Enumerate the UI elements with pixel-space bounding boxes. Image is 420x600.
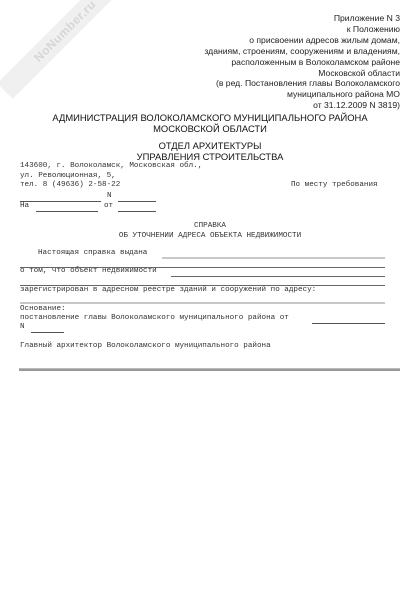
- dept-line: ОТДЕЛ АРХИТЕКТУРЫ: [0, 140, 420, 151]
- object-label: о том, что объект недвижимости: [20, 267, 157, 277]
- appendix-line: расположенным в Волоколамском районе: [204, 57, 400, 68]
- org-line: МОСКОВСКОЙ ОБЛАСТИ: [0, 123, 420, 134]
- org-line: АДМИНИСТРАЦИЯ ВОЛОКОЛАМСКОГО МУНИЦИПАЛЬН…: [0, 112, 420, 123]
- appendix-line: о присвоении адресов жилым домам,: [204, 35, 400, 46]
- appendix-line: к Положению: [204, 24, 400, 35]
- incoming-number-field[interactable]: [36, 211, 98, 212]
- title-line: СПРАВКА: [0, 222, 420, 232]
- on-label: На: [20, 202, 29, 212]
- from-label: от: [104, 202, 113, 212]
- outgoing-date-field[interactable]: [20, 201, 101, 202]
- appendix-block: Приложение N 3 к Положению о присвоении …: [204, 13, 400, 111]
- bottom-divider: [19, 368, 400, 371]
- appendix-line: Московской области: [204, 68, 400, 79]
- address-line: ул. Революционная, 5,: [20, 172, 202, 182]
- incoming-date-field[interactable]: [118, 211, 156, 212]
- signature-line: Главный архитектор Волоколамского муници…: [20, 342, 271, 352]
- number-label: N: [107, 192, 112, 202]
- registered-label: зарегистрирован в адресном реестре здани…: [20, 286, 316, 296]
- address-block: 143600, г. Волоколамск, Московская обл.,…: [20, 162, 202, 191]
- watermark: NoNumber.ru: [0, 0, 133, 99]
- dept-line: УПРАВЛЕНИЯ СТРОИТЕЛЬСТВА: [0, 151, 420, 162]
- basis-number-label: N: [20, 323, 25, 333]
- basis-number-field[interactable]: [31, 332, 64, 333]
- appendix-line: зданиям, строениям, сооружениям и владен…: [204, 46, 400, 57]
- appendix-line: от 31.12.2009 N 3819): [204, 100, 400, 111]
- outgoing-number-field[interactable]: [118, 201, 156, 202]
- address-field[interactable]: [20, 302, 385, 304]
- dept-header: ОТДЕЛ АРХИТЕКТУРЫ УПРАВЛЕНИЯ СТРОИТЕЛЬСТ…: [0, 140, 420, 162]
- address-line: 143600, г. Волоколамск, Московская обл.,: [20, 162, 202, 172]
- appendix-line: (в ред. Постановления главы Волоколамско…: [204, 78, 400, 89]
- appendix-line: Приложение N 3: [204, 13, 400, 24]
- basis-date-field[interactable]: [312, 323, 385, 324]
- address-line: тел. 8 (49636) 2-58-22: [20, 181, 202, 191]
- issued-to-field[interactable]: [162, 257, 385, 259]
- issued-to-label: Настоящая справка выдана: [38, 249, 147, 259]
- org-header: АДМИНИСТРАЦИЯ ВОЛОКОЛАМСКОГО МУНИЦИПАЛЬН…: [0, 112, 420, 134]
- object-field[interactable]: [171, 276, 385, 277]
- basis-text: постановление главы Волоколамского муниц…: [20, 314, 289, 324]
- title-line: ОБ УТОЧНЕНИИ АДРЕСА ОБЪЕКТА НЕДВИЖИМОСТИ: [0, 232, 420, 242]
- document-title: СПРАВКА ОБ УТОЧНЕНИИ АДРЕСА ОБЪЕКТА НЕДВ…: [0, 222, 420, 241]
- recipient: По месту требования: [291, 181, 378, 191]
- appendix-line: муниципального района МО: [204, 89, 400, 100]
